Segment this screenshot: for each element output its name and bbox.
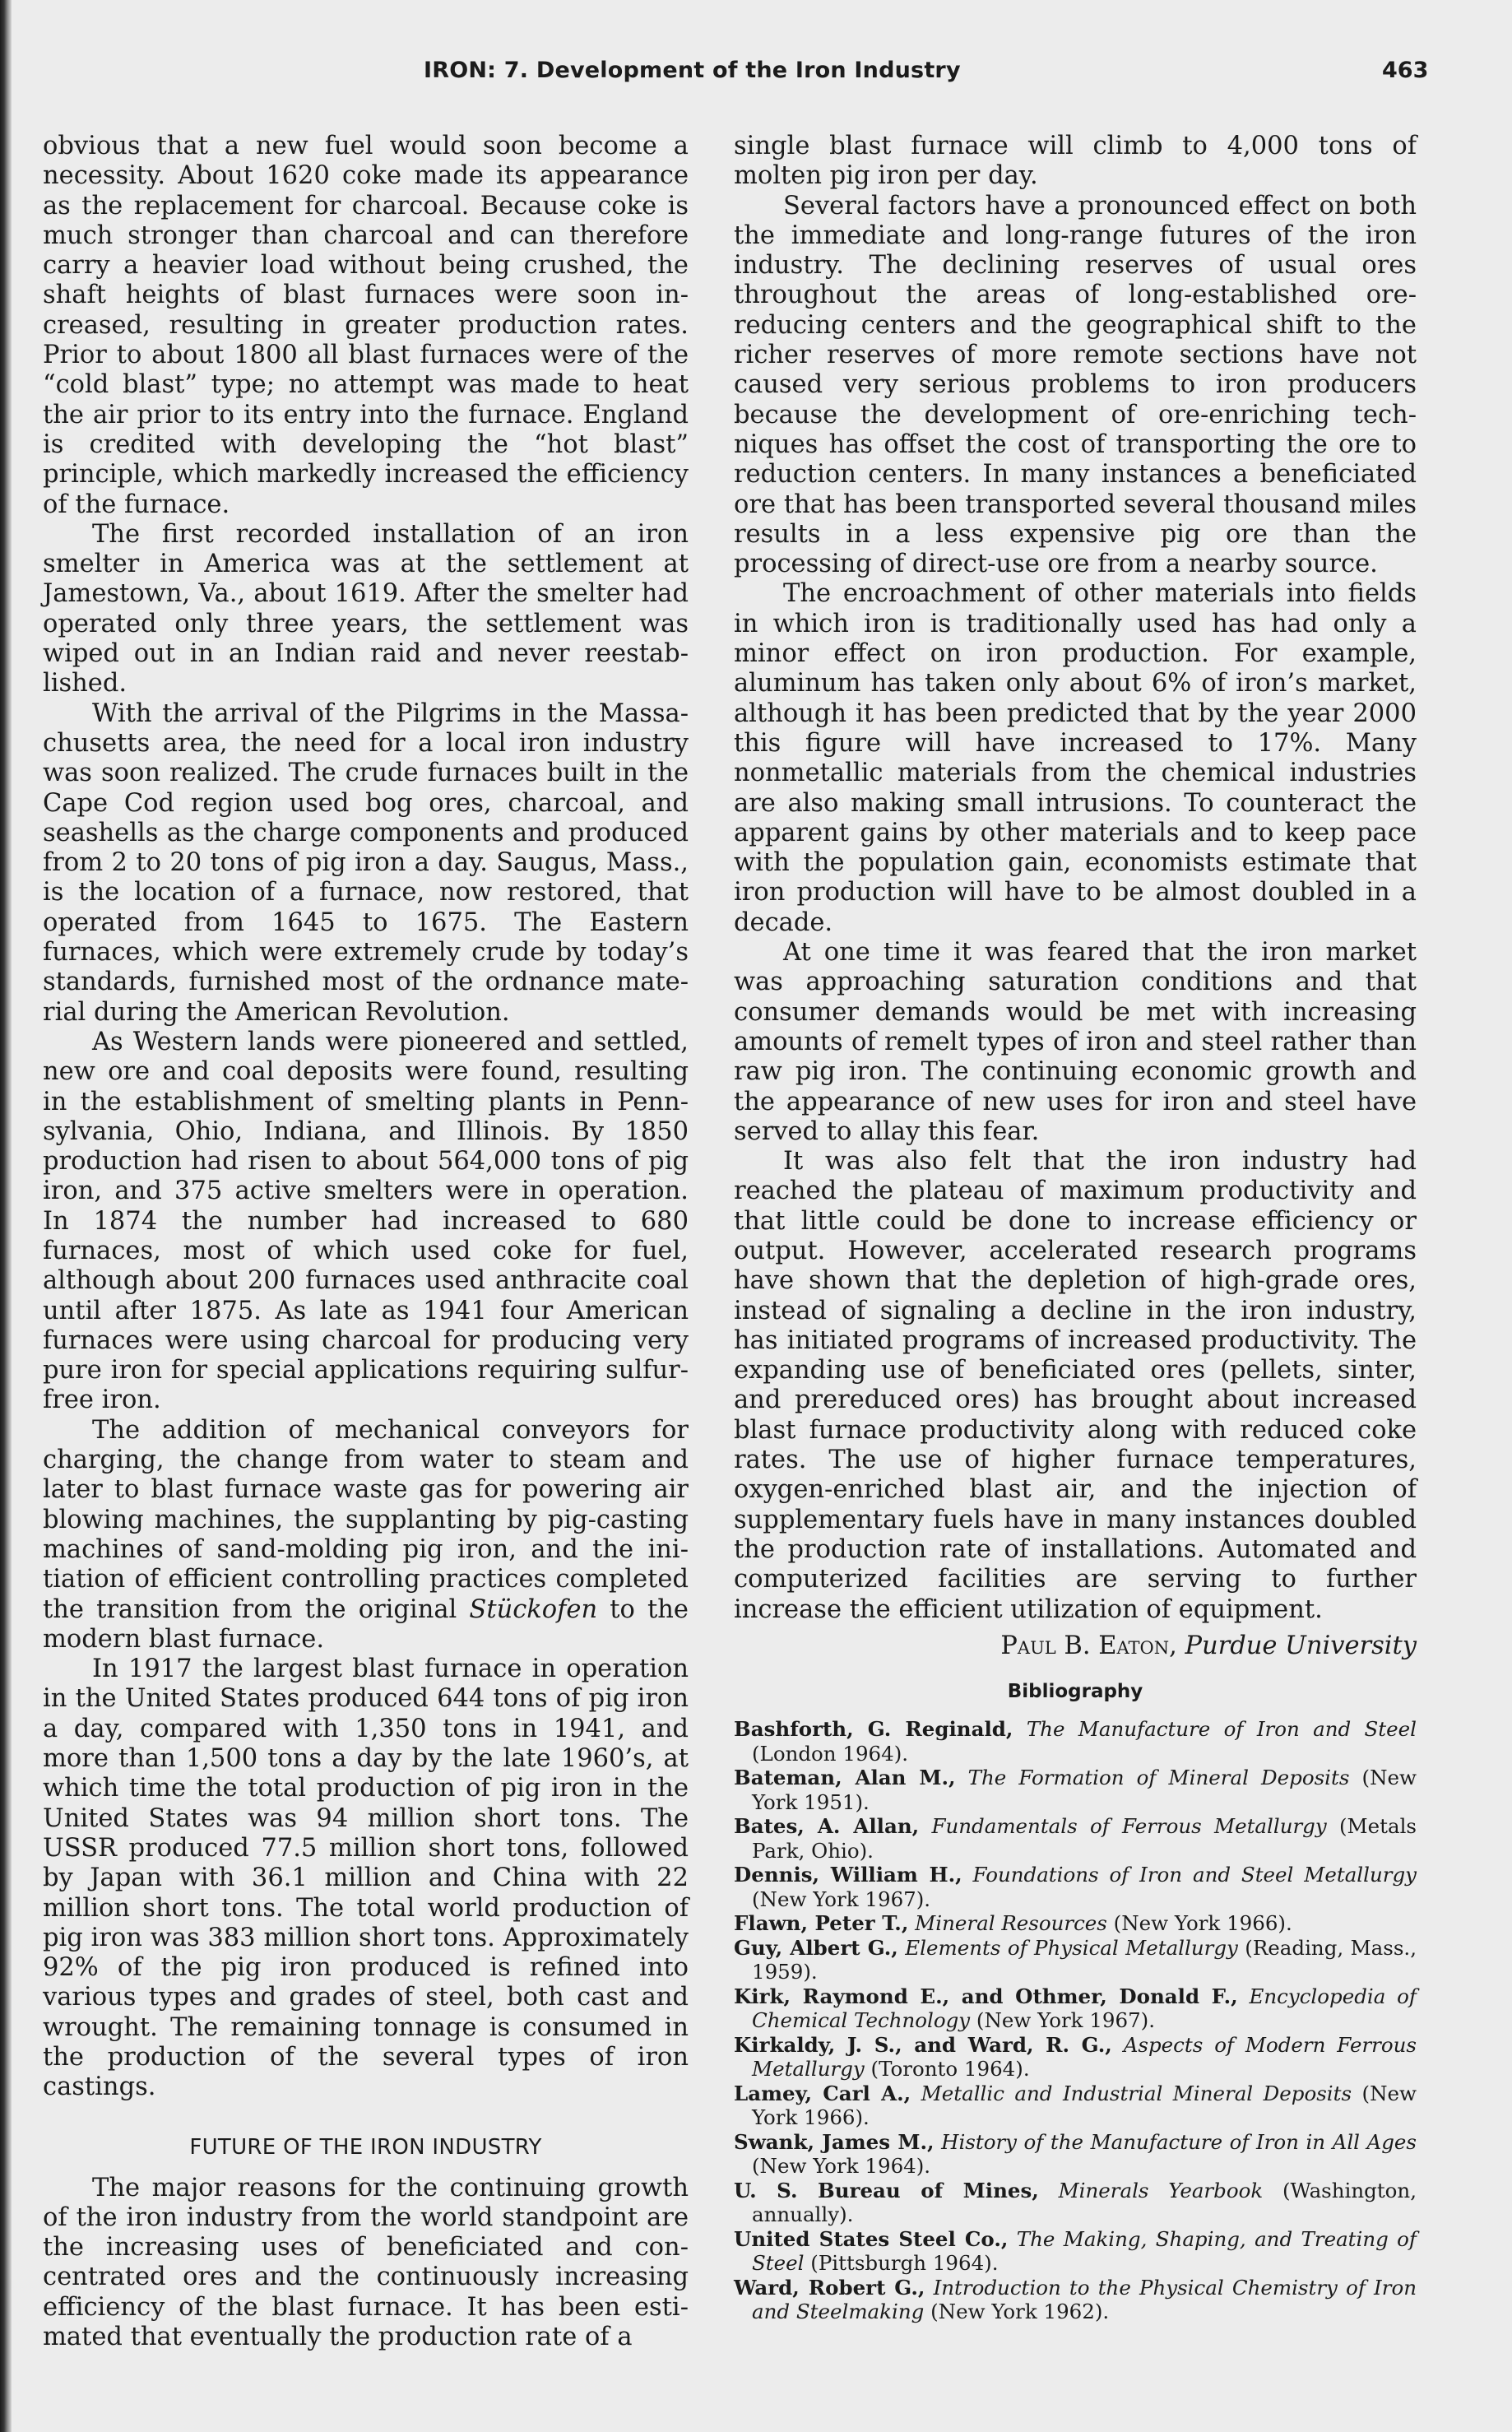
author-signature: Paul B. Eaton, Purdue University [734, 1631, 1417, 1661]
bibliography-list: Bashforth, G. Reginald, The Manufacture … [734, 1717, 1417, 2324]
paragraph-western-lands: As Western lands were pioneered and sett… [43, 1028, 689, 1416]
left-column: obvious that a new fuel would soon becom… [43, 132, 689, 2352]
bibliography-entry: U. S. Bureau of Mines, Minerals Yearbook… [734, 2179, 1417, 2227]
bibliography-entry: United States Steel Co., The Making, Sha… [734, 2227, 1417, 2276]
author-affiliation: Purdue University [1185, 1631, 1417, 1660]
conveyor-text-before: The addition of mechanical conveyors for… [43, 1416, 689, 1624]
paragraph-productivity: It was also felt that the iron industry … [734, 1147, 1417, 1625]
stuckofen-term: Stückofen [469, 1595, 597, 1624]
paragraph-coke: obvious that a new fuel would soon becom… [43, 132, 689, 520]
bibliography-entry: Bashforth, G. Reginald, The Manufacture … [734, 1717, 1417, 1766]
bibliography-entry: Guy, Albert G., Elements of Physical Met… [734, 1936, 1417, 1984]
bibliography-entry: Kirkaldy, J. S., and Ward, R. G., Aspect… [734, 2033, 1417, 2082]
bibliography-entry: Ward, Robert G., Introduction to the Phy… [734, 2276, 1417, 2324]
bibliography-entry: Swank, James M., History of the Manufact… [734, 2130, 1417, 2179]
paragraph-pilgrims: With the arrival of the Pilgrims in the … [43, 699, 689, 1028]
page-header: IRON: 7. Development of the Iron Industr… [0, 58, 1512, 91]
paragraph-encroachment: The encroachment of other materials into… [734, 579, 1417, 938]
bibliography-entry: Dennis, William H., Foundations of Iron … [734, 1863, 1417, 1911]
bibliography-entry: Kirk, Raymond E., and Othmer, Donald F.,… [734, 1984, 1417, 2033]
paragraph-future: The major reasons for the continuing gro… [43, 2174, 689, 2353]
page-number: 463 [1382, 58, 1428, 83]
section-heading-future: FUTURE OF THE IRON INDUSTRY [43, 2133, 689, 2162]
paragraph-saturation: At one time it was feared that the iron … [734, 938, 1417, 1147]
paragraph-factors: Several factors have a pronounced effect… [734, 192, 1417, 580]
paragraph-1917: In 1917 the largest blast furnace in ope… [43, 1655, 689, 2102]
paragraph-conveyors: The addition of mechanical conveyors for… [43, 1416, 689, 1655]
bibliography-entry: Bates, A. Allan, Fundamentals of Ferrous… [734, 1814, 1417, 1863]
running-head: IRON: 7. Development of the Iron Industr… [424, 58, 961, 83]
bibliography-entry: Lamey, Carl A., Metallic and Industrial … [734, 2082, 1417, 2130]
author-name: Paul B. Eaton [1000, 1631, 1169, 1660]
bibliography-entry: Flawn, Peter T., Mineral Resources (New … [734, 1911, 1417, 1936]
paragraph-jamestown: The first recorded installation of an ir… [43, 520, 689, 699]
bibliography-entry: Bateman, Alan M., The Formation of Miner… [734, 1766, 1417, 1814]
right-column: single blast furnace will climb to 4,000… [734, 132, 1417, 2324]
page-binding-shadow [0, 0, 12, 2432]
paragraph-continuation: single blast furnace will climb to 4,000… [734, 132, 1417, 192]
bibliography-heading: Bibliography [734, 1679, 1417, 1704]
